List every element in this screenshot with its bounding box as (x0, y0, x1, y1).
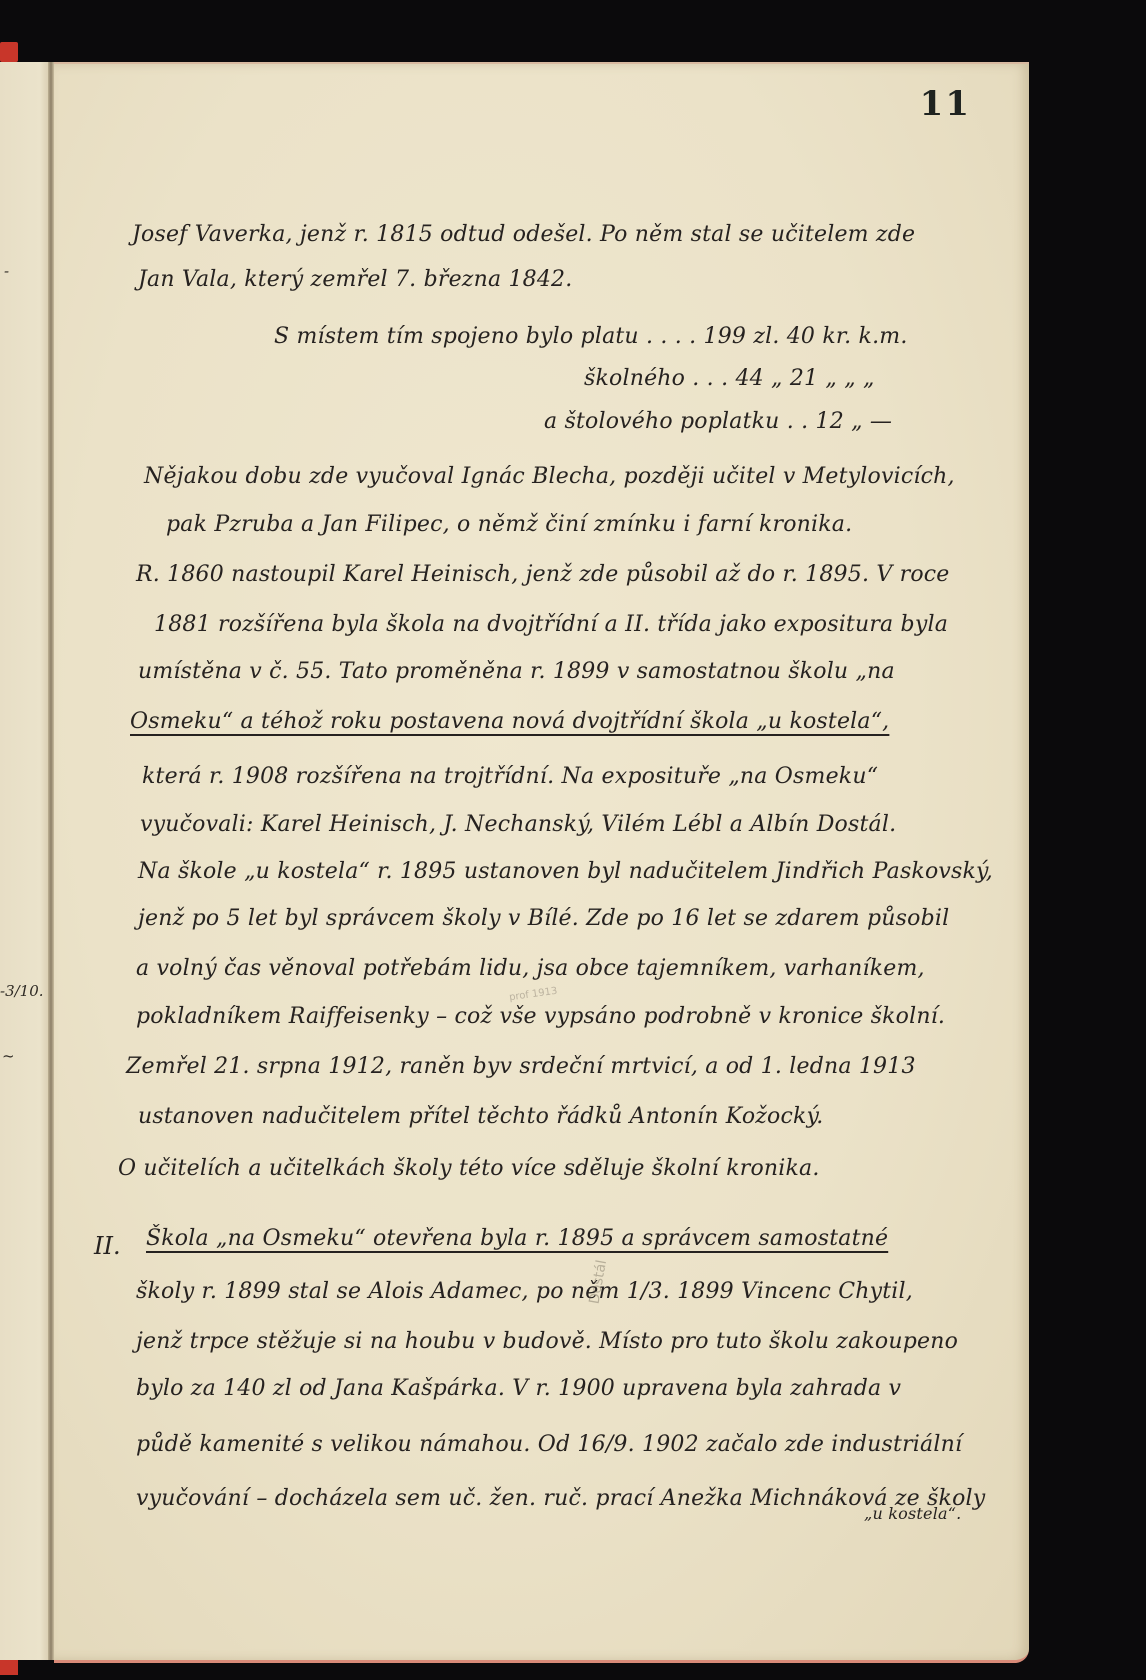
manuscript-page: 11 Josef Vaverka, jenž r. 1815 odtud ode… (54, 62, 1029, 1663)
margin-note: -3/10. (0, 982, 44, 1000)
pencil-annotation: prof 1913 (508, 986, 558, 1004)
text-line: Na škole „u kostela“ r. 1895 ustanoven b… (138, 859, 993, 884)
text-line: která r. 1908 rozšířena na trojtřídní. N… (142, 764, 878, 789)
text-line: půdě kamenité s velikou námahou. Od 16/9… (136, 1432, 962, 1457)
margin-note: - (4, 262, 9, 280)
text-line: jenž trpce stěžuje si na houbu v budově.… (136, 1329, 958, 1354)
previous-page-edge: - -3/10. ~ (0, 62, 50, 1660)
margin-note: ~ (2, 1047, 15, 1065)
text-line: ustanoven nadučitelem přítel těchto řádk… (138, 1104, 823, 1129)
text-line: Osmeku“ a téhož roku postavena nová dvoj… (130, 709, 889, 734)
text-line: bylo za 140 zl od Jana Kašpárka. V r. 19… (136, 1376, 901, 1401)
text-line: jenž po 5 let byl správcem školy v Bílé.… (138, 906, 949, 931)
text-line: školného . . . 44 „ 21 „ „ „ (584, 366, 875, 391)
book-edge-red-top (0, 42, 18, 62)
text-line: vyučování – docházela sem uč. žen. ruč. … (136, 1486, 985, 1511)
text-line: vyučovali: Karel Heinisch, J. Nechanský,… (140, 812, 896, 837)
text-line: Nějakou dobu zde vyučoval Ignác Blecha, … (144, 464, 955, 489)
text-line: pokladníkem Raiffeisenky – což vše vypsá… (136, 1004, 945, 1029)
text-line: Zemřel 21. srpna 1912, raněn byv srdeční… (126, 1054, 916, 1079)
text-line: pak Pzruba a Jan Filipec, o němž činí zm… (166, 512, 852, 537)
page-number: 11 (920, 84, 971, 124)
text-line: S místem tím spojeno bylo platu . . . . … (274, 324, 908, 349)
text-line: 1881 rozšířena byla škola na dvojtřídní … (154, 612, 948, 637)
text-line: a volný čas věnoval potřebám lidu, jsa o… (136, 956, 925, 981)
text-line: a štolového poplatku . . 12 „ — (544, 409, 892, 434)
text-line: R. 1860 nastoupil Karel Heinisch, jenž z… (136, 562, 950, 587)
text-line: Josef Vaverka, jenž r. 1815 odtud odešel… (132, 222, 915, 247)
text-line: Škola „na Osmeku“ otevřena byla r. 1895 … (146, 1226, 888, 1251)
text-line: školy r. 1899 stal se Alois Adamec, po n… (136, 1279, 913, 1304)
text-line: umístěna v č. 55. Tato proměněna r. 1899… (138, 659, 895, 684)
text-line: O učitelích a učitelkách školy této více… (118, 1156, 820, 1181)
text-line: Jan Vala, který zemřel 7. března 1842. (138, 267, 572, 292)
section-numeral: II. (94, 1232, 121, 1260)
text-line: „u kostela“. (864, 1504, 961, 1523)
